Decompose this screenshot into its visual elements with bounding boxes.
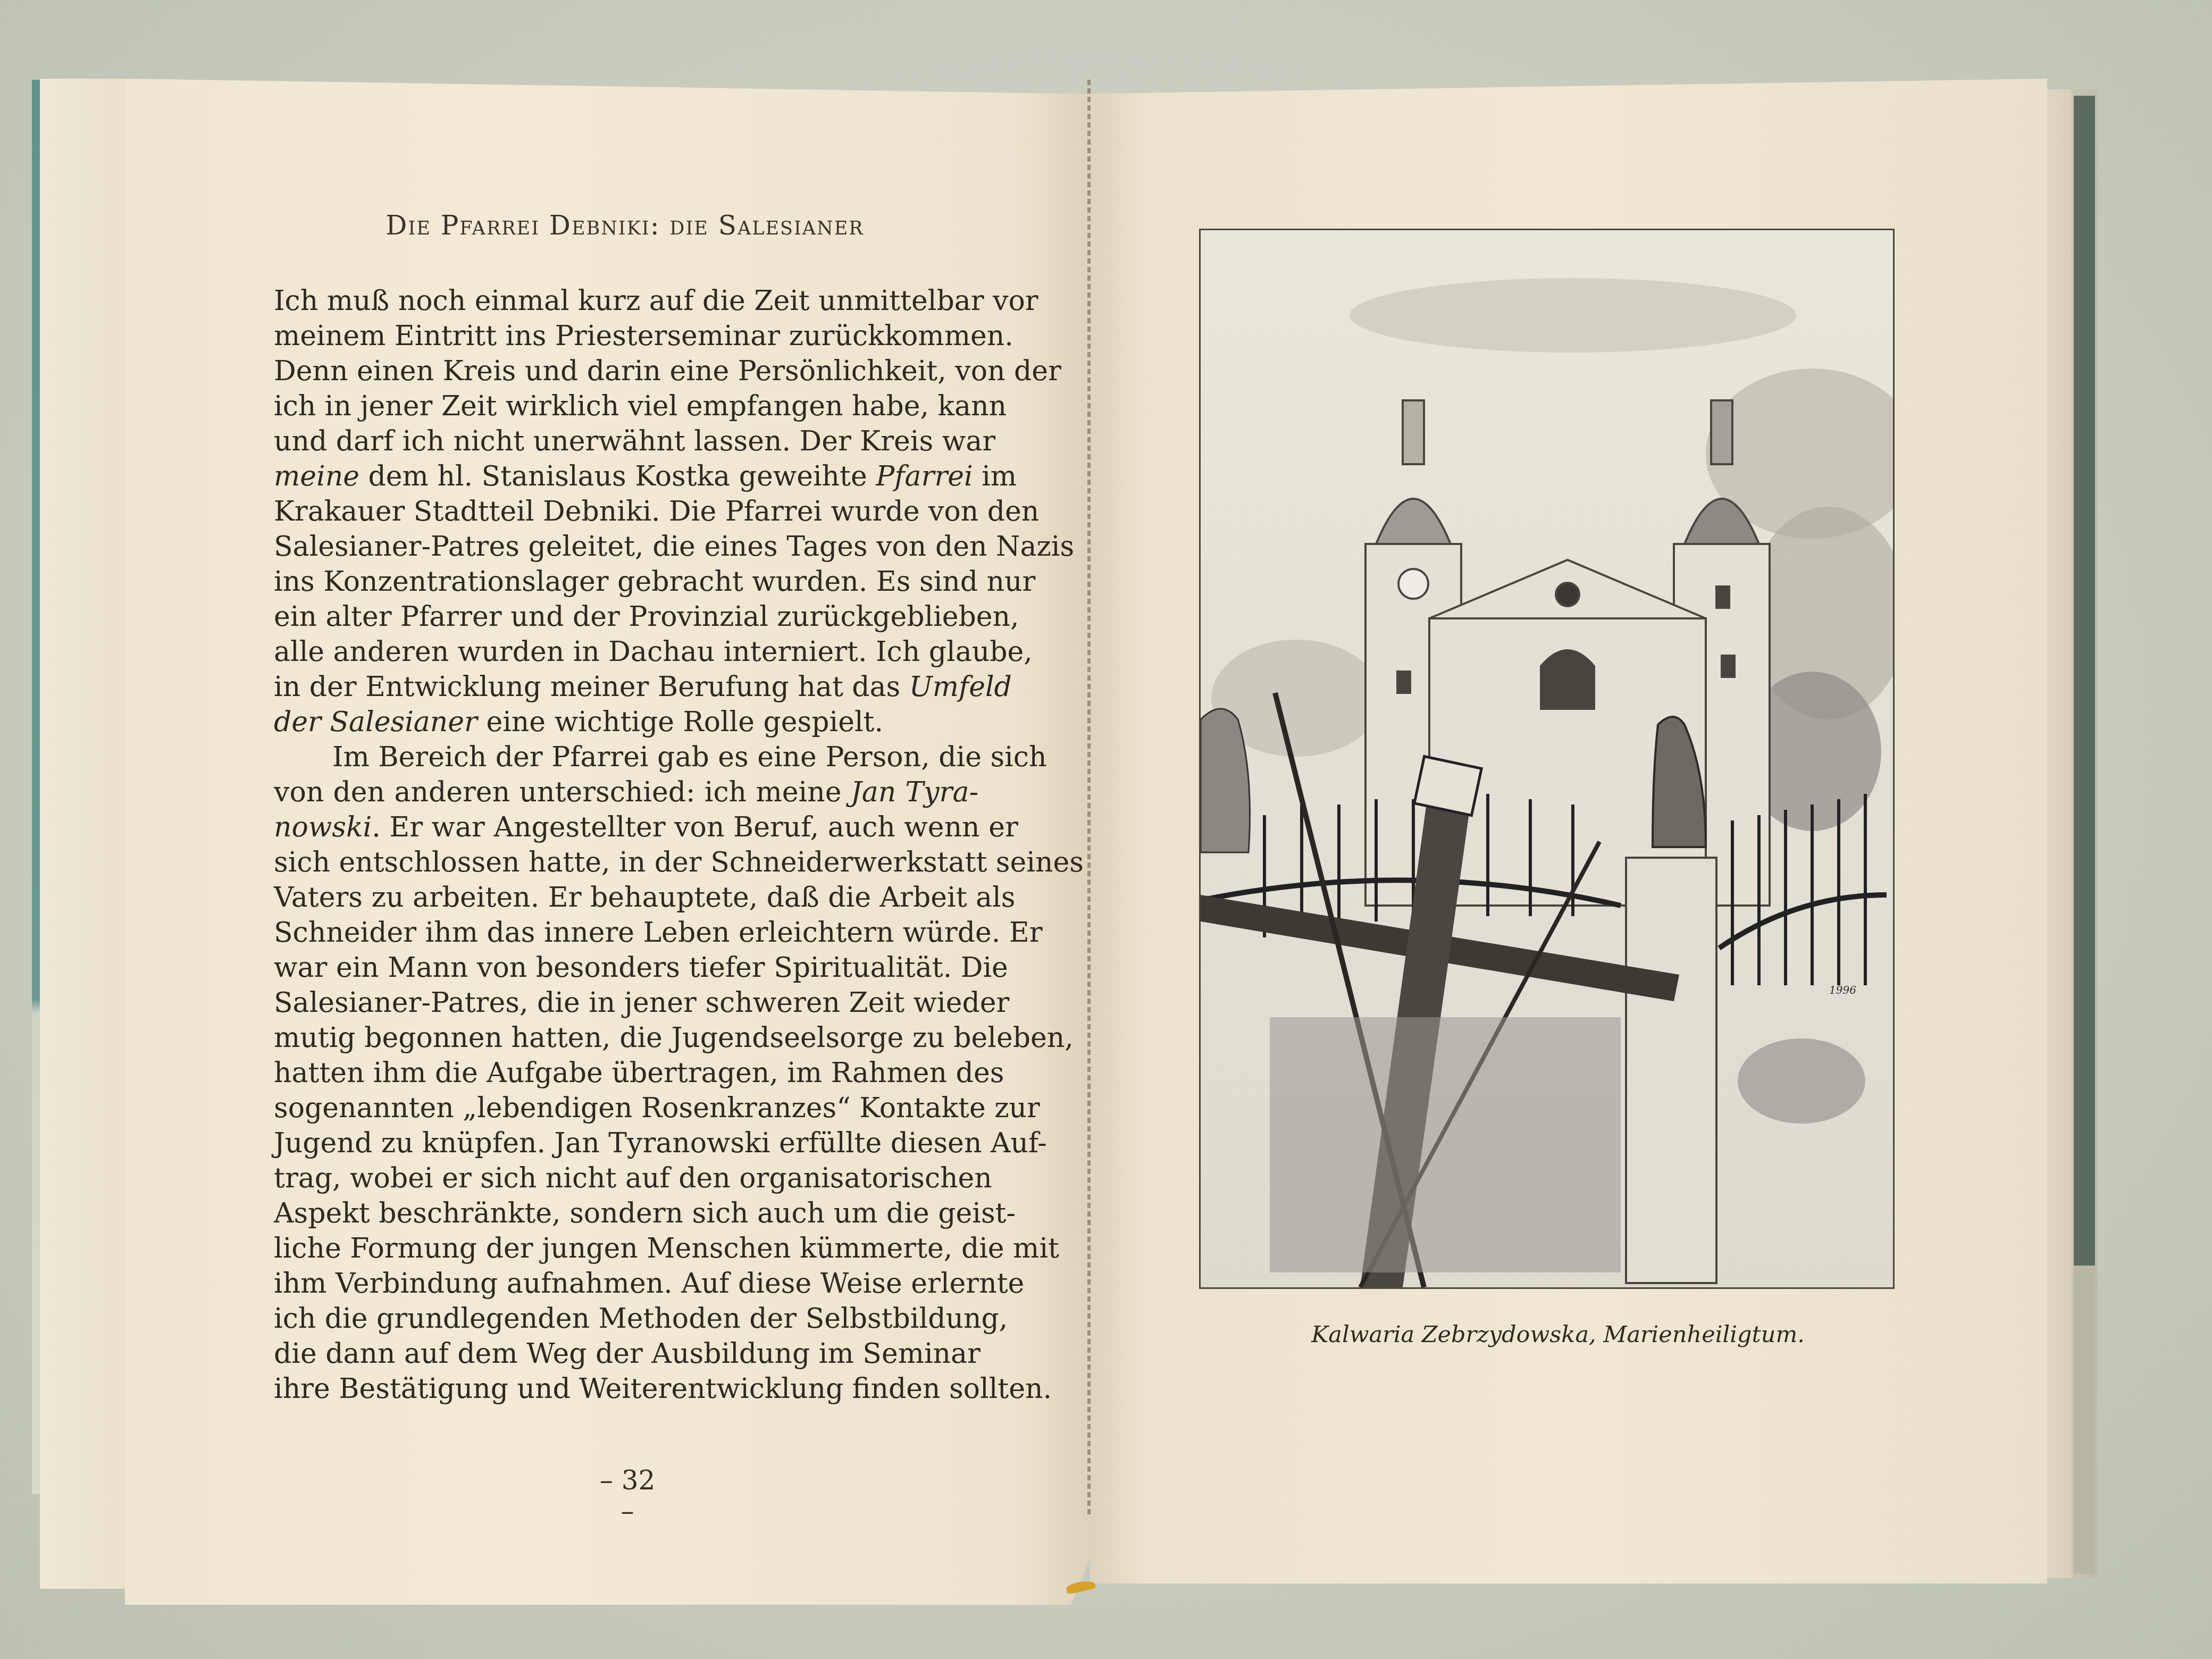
text-segment: mutig begonnen hatten, die Jugendseelsor… — [274, 1022, 1074, 1054]
text-segment: Salesianer-Patres, die in jener schweren… — [274, 987, 1009, 1019]
text-line: Salesianer-Patres geleitet, die eines Ta… — [274, 529, 978, 564]
text-segment: ein alter Pfarrer und der Provinzial zur… — [274, 601, 1019, 633]
text-segment: sich entschlossen hatte, in der Schneide… — [274, 847, 1084, 878]
cover-edge-right — [2074, 96, 2095, 1266]
italic-segment: der Salesianer — [274, 706, 477, 738]
text-segment: liche Formung der jungen Menschen kümmer… — [274, 1233, 1059, 1264]
text-segment: ins Konzentrationslager gebracht wurden.… — [274, 566, 1035, 598]
book-gutter — [1087, 80, 1091, 1515]
church-drawing-icon — [1201, 230, 1893, 1287]
text-segment: Jugend zu knüpfen. Jan Tyranowski erfüll… — [274, 1127, 1047, 1159]
text-segment: Denn einen Kreis und darin eine Persönli… — [274, 355, 1061, 387]
text-line: in der Entwicklung meiner Berufung hat d… — [274, 669, 978, 705]
text-segment: von den anderen unterschied: ich meine — [274, 776, 851, 808]
text-line: und darf ich nicht unerwähnt lassen. Der… — [274, 424, 978, 459]
cover-edge-right-lower — [2074, 1266, 2095, 1574]
text-line: ein alter Pfarrer und der Provinzial zur… — [274, 599, 978, 634]
text-line: nowski. Er war Angestellter von Beruf, a… — [274, 810, 978, 845]
text-segment: und darf ich nicht unerwähnt lassen. Der… — [274, 425, 995, 457]
text-segment: Ich muß noch einmal kurz auf die Zeit un… — [274, 285, 1038, 317]
text-line: Aspekt beschränkte, sondern sich auch um… — [274, 1196, 978, 1231]
text-line: Salesianer-Patres, die in jener schweren… — [274, 985, 978, 1020]
text-line: Ich muß noch einmal kurz auf die Zeit un… — [274, 283, 978, 319]
text-line: Im Bereich der Pfarrei gab es eine Perso… — [274, 740, 978, 775]
text-segment: ihre Bestätigung und Weiterentwicklung f… — [274, 1373, 1052, 1405]
text-segment: ihm Verbindung aufnahmen. Auf diese Weis… — [274, 1268, 1024, 1300]
text-segment: hatten ihm die Aufgabe übertragen, im Ra… — [274, 1057, 1004, 1089]
text-line: Jugend zu knüpfen. Jan Tyranowski erfüll… — [274, 1126, 978, 1161]
text-segment: Vaters zu arbeiten. Er behauptete, daß d… — [274, 882, 1015, 914]
text-line: alle anderen wurden in Dachau interniert… — [274, 634, 978, 669]
text-line: ich die grundlegenden Methoden der Selbs… — [274, 1301, 978, 1336]
text-line: von den anderen unterschied: ich meine J… — [274, 775, 978, 810]
text-line: mutig begonnen hatten, die Jugendseelsor… — [274, 1020, 978, 1055]
text-segment: alle anderen wurden in Dachau interniert… — [274, 636, 1033, 668]
text-line: sich entschlossen hatte, in der Schneide… — [274, 845, 978, 880]
text-line: Schneider ihm das innere Leben erleichte… — [274, 915, 978, 950]
text-line: liche Formung der jungen Menschen kümmer… — [274, 1231, 978, 1266]
text-segment: eine wichtige Rolle gespielt. — [477, 706, 883, 738]
text-line: hatten ihm die Aufgabe übertragen, im Ra… — [274, 1055, 978, 1091]
text-line: ihre Bestätigung und Weiterentwicklung f… — [274, 1371, 978, 1406]
italic-segment: Pfarrei — [876, 460, 973, 492]
italic-segment: Umfeld — [909, 671, 1012, 703]
text-segment: trag, wobei er sich nicht auf den organi… — [274, 1162, 992, 1194]
text-line: ich in jener Zeit wirklich viel empfange… — [274, 389, 978, 424]
text-line: trag, wobei er sich nicht auf den organi… — [274, 1161, 978, 1196]
text-segment: meinem Eintritt ins Priesterseminar zurü… — [274, 320, 1013, 352]
text-line: der Salesianer eine wichtige Rolle gespi… — [274, 705, 978, 740]
text-line: meine dem hl. Stanislaus Kostka geweihte… — [274, 459, 978, 494]
flyleaf-left — [40, 79, 129, 1589]
page-number: – 32 – — [590, 1465, 665, 1527]
text-line: ihm Verbindung aufnahmen. Auf diese Weis… — [274, 1266, 978, 1301]
italic-segment: nowski — [274, 811, 372, 843]
text-line: Denn einen Kreis und darin eine Persönli… — [274, 354, 978, 389]
running-head: Die Pfarrei Debniki: die Salesianer — [359, 210, 891, 241]
artist-signature: 1996 — [1829, 984, 1856, 996]
body-text: Ich muß noch einmal kurz auf die Zeit un… — [274, 283, 978, 1406]
text-line: meinem Eintritt ins Priesterseminar zurü… — [274, 319, 978, 354]
text-segment: in der Entwicklung meiner Berufung hat d… — [274, 671, 909, 703]
text-line: sogenannten „lebendigen Rosenkranzes“ Ko… — [274, 1091, 978, 1126]
text-segment: ich die grundlegenden Methoden der Selbs… — [274, 1303, 1008, 1335]
text-segment: Schneider ihm das innere Leben erleichte… — [274, 917, 1043, 949]
text-segment: Salesianer-Patres geleitet, die eines Ta… — [274, 531, 1074, 563]
text-line: Vaters zu arbeiten. Er behauptete, daß d… — [274, 880, 978, 915]
text-segment: Im Bereich der Pfarrei gab es eine Perso… — [332, 741, 1046, 773]
illustration-caption: Kalwaria Zebrzydowska, Marienheiligtum. — [1292, 1321, 1824, 1348]
text-segment: im — [973, 460, 1017, 492]
text-segment: Aspekt beschränkte, sondern sich auch um… — [274, 1197, 1016, 1229]
text-line: Krakauer Stadtteil Debniki. Die Pfarrei … — [274, 494, 978, 529]
italic-segment: Jan Tyra- — [851, 776, 978, 808]
text-line: die dann auf dem Weg der Ausbildung im S… — [274, 1336, 978, 1371]
text-segment: ich in jener Zeit wirklich viel empfange… — [274, 390, 1007, 422]
text-segment: . Er war Angestellter von Beruf, auch we… — [372, 811, 1018, 843]
text-segment: Krakauer Stadtteil Debniki. Die Pfarrei … — [274, 496, 1039, 527]
text-segment: dem hl. Stanislaus Kostka geweihte — [359, 460, 876, 492]
text-segment: die dann auf dem Weg der Ausbildung im S… — [274, 1338, 981, 1370]
text-line: ins Konzentrationslager gebracht wurden.… — [274, 564, 978, 599]
text-segment: sogenannten „lebendigen Rosenkranzes“ Ko… — [274, 1092, 1040, 1124]
church-illustration — [1199, 229, 1895, 1289]
italic-segment: meine — [274, 460, 359, 492]
text-line: war ein Mann von besonders tiefer Spirit… — [274, 950, 978, 985]
text-segment: war ein Mann von besonders tiefer Spirit… — [274, 952, 1008, 984]
